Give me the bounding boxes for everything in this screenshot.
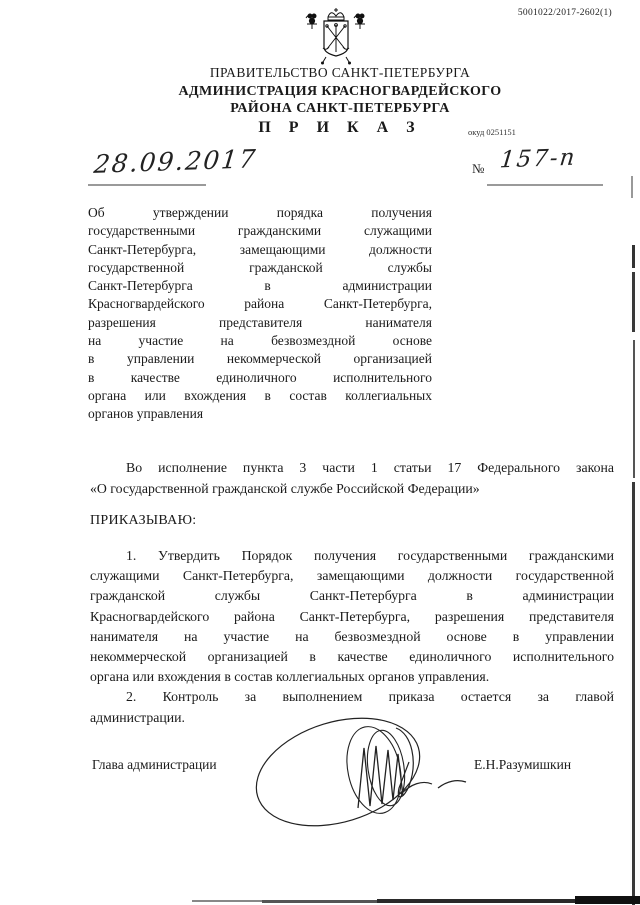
scan-artifact-line	[633, 340, 635, 478]
subject-line: в качестве единоличного исполнительного	[88, 369, 432, 387]
order-items: 1. Утвердить Порядок получения государст…	[90, 546, 614, 728]
number-sign: №	[472, 161, 484, 177]
scan-artifact-line	[631, 176, 633, 198]
document-type-title: П Р И К А З	[40, 119, 640, 137]
header-government-line: ПРАВИТЕЛЬСТВО САНКТ-ПЕТЕРБУРГА	[40, 65, 640, 81]
subject-line: государственной гражданской службы	[88, 259, 432, 277]
okud-form-code: окуд 0251151	[468, 127, 516, 137]
subject-line: Красногвардейского района Санкт-Петербур…	[88, 295, 432, 313]
signature-scrawl	[246, 710, 481, 838]
item1-line: некоммерческой организацией в качестве е…	[90, 647, 614, 667]
subject-paragraph: Об утверждении порядка получения государ…	[88, 204, 432, 424]
signer-position: Глава администрации	[92, 757, 217, 773]
subject-line: на участие на безвозмездной основе	[88, 332, 432, 350]
header-administration-line1: АДМИНИСТРАЦИЯ КРАСНОГВАРДЕЙСКОГО	[40, 84, 640, 100]
subject-line: разрешения представителя нанимателя	[88, 314, 432, 332]
handwritten-number: 157-п	[499, 145, 578, 174]
signer-name: Е.Н.Разумишкин	[474, 757, 571, 773]
scan-artifact-line	[377, 899, 577, 903]
item1-line: Красногвардейского района Санкт-Петербур…	[90, 607, 614, 627]
scan-artifact-line	[575, 896, 640, 904]
subject-line: Санкт-Петербурга в администрации	[88, 277, 432, 295]
order-document-page: 5001022/2017-2602(1) ПРАВИТЕЛЬСТВО САНКТ…	[0, 0, 640, 905]
item1-line: служащими Санкт-Петербурга, замещающими …	[90, 566, 614, 586]
item1-line: 1. Утвердить Порядок получения государст…	[90, 546, 614, 566]
date-underline	[88, 184, 206, 186]
scan-artifact-line	[192, 900, 262, 902]
preamble-line: Во исполнение пункта 3 части 1 статьи 17…	[90, 457, 614, 478]
subject-line: Санкт-Петербурга, замещающими должности	[88, 241, 432, 259]
document-registration-code: 5001022/2017-2602(1)	[518, 8, 612, 18]
subject-line: органа или вхождения в состав коллегиаль…	[88, 387, 432, 405]
scan-artifact-line	[632, 272, 635, 332]
handwritten-date: 28.09.2017	[93, 144, 259, 179]
number-underline	[487, 184, 603, 186]
item1-line: органа или вхождения в состав коллегиаль…	[90, 667, 614, 687]
subject-line: органов управления	[88, 405, 432, 423]
preamble-paragraph: Во исполнение пункта 3 части 1 статьи 17…	[90, 457, 614, 499]
item1-line: нанимателя на участие на безвозмездной о…	[90, 627, 614, 647]
preamble-line: «О государственной гражданской службе Ро…	[90, 478, 614, 499]
scan-artifact-line	[632, 245, 635, 268]
scan-artifact-line	[632, 482, 635, 905]
order-keyword: ПРИКАЗЫВАЮ:	[90, 513, 196, 529]
scan-artifact-line	[262, 900, 377, 903]
item1-line: гражданской службы Санкт-Петербурга в ад…	[90, 586, 614, 606]
item2-line: 2. Контроль за выполнением приказа остае…	[90, 687, 614, 707]
spb-coat-of-arms-icon	[300, 5, 372, 65]
subject-line: государственными гражданскими служащими	[88, 222, 432, 240]
subject-line: Об утверждении порядка получения	[88, 204, 432, 222]
header-administration-line2: РАЙОНА САНКТ-ПЕТЕРБУРГА	[40, 101, 640, 117]
subject-line: в управлении некоммерческой организацией	[88, 350, 432, 368]
